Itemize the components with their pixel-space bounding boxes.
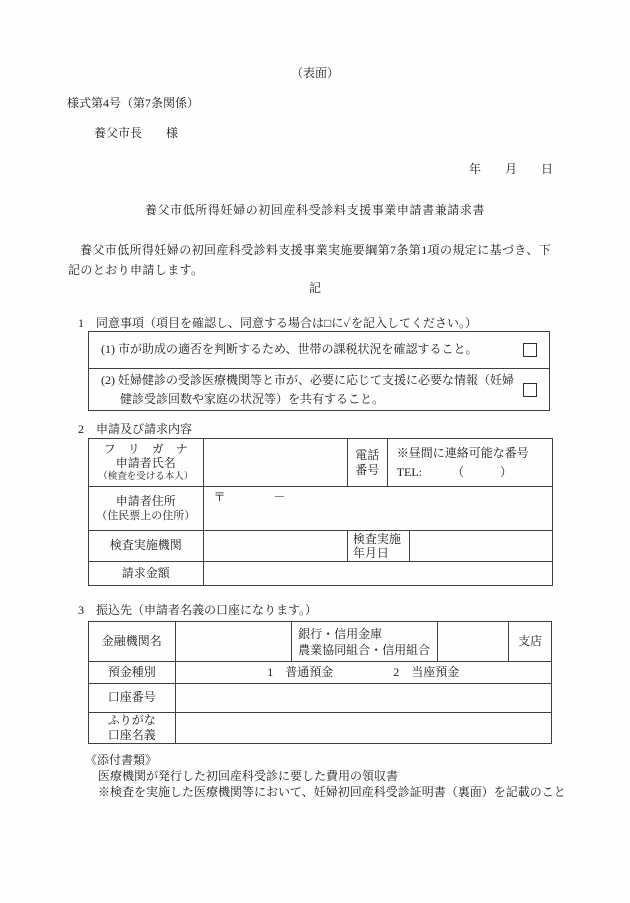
side-label: （表面） [0, 66, 630, 82]
amount-label: 請求金額 [89, 562, 204, 585]
consent-checkbox-2[interactable] [523, 383, 537, 397]
account-number-label: 口座番号 [89, 684, 176, 712]
consent-table: (1) 市が助成の適否を判断するため、世帯の課税状況を確認すること。 (2) 妊… [88, 331, 550, 411]
branch-name-input-area[interactable] [438, 622, 510, 661]
account-name-furigana-label: ふりがな [108, 713, 156, 728]
exam-date-label-line1: 検査実施 [353, 532, 409, 546]
attachments-block: 《添付書類》 医療機関が発行した初回産科受診に要した費用の領収書 ※検査を実施し… [85, 752, 566, 800]
postal-code-mark: 〒 － [214, 490, 553, 506]
attachments-line1: 医療機関が発行した初回産科受診に要した費用の領収書 [85, 768, 566, 784]
amount-input-area[interactable] [204, 562, 552, 585]
consent-row-1: (1) 市が助成の適否を判断するため、世帯の課税状況を確認すること。 [89, 332, 549, 368]
phone-label-line1: 電話 [355, 448, 379, 463]
addressee: 養父市長 様 [94, 126, 178, 142]
address-main-label: 申請者住所 [116, 494, 176, 509]
phone-label: 電話 番号 [348, 439, 388, 486]
phone-tel-line: TEL: （ ） [397, 463, 552, 482]
section3-heading: 3 振込先（申請者名義の口座になります。） [78, 603, 317, 619]
address-note: （住民票上の住所） [96, 509, 195, 524]
bank-table: 金融機関名 銀行・信用金庫 農業協同組合・信用組合 支店 預金種別 1 普通預金… [88, 621, 552, 744]
deposit-type-label: 預金種別 [89, 662, 176, 683]
applicant-name-note: （検査を受ける本人） [98, 470, 193, 484]
account-name-main-label: 口座名義 [108, 728, 156, 743]
bank-type-line1: 銀行・信用金庫 [298, 626, 436, 642]
applicant-name-main-label: 申請者氏名 [116, 456, 176, 470]
section2-heading: 2 申請及び請求内容 [78, 422, 192, 438]
section1-heading: 1 同意事項（項目を確認し、同意する場合は□に✓を記入してください。） [78, 316, 477, 332]
account-number-input-area[interactable] [176, 684, 551, 712]
exam-date-label-line2: 年月日 [353, 546, 409, 560]
applicant-name-input-area[interactable] [204, 439, 348, 486]
exam-date-input-area[interactable] [410, 531, 552, 561]
consent-checkbox-1[interactable] [523, 343, 537, 357]
phone-note: ※昼間に連絡可能な番号 [397, 444, 552, 463]
consent-item-2-text: (2) 妊婦健診の受診医療機関等と市が、必要に応じて支援に必要な情報（妊婦 健診… [89, 371, 523, 409]
intro-line1: 養父市低所得妊婦の初回産科受診料支援事業実施要綱第7条第1項の規定に基づき、下 [80, 243, 551, 259]
date-line: 年 月 日 [469, 162, 553, 178]
bank-name-label: 金融機関名 [89, 622, 176, 661]
exam-date-label: 検査実施 年月日 [348, 531, 410, 561]
consent-item-2-line2: 健診受診回数や家庭の状況等）を共有すること。 [101, 390, 517, 409]
consent-item-1-text: (1) 市が助成の適否を判断するため、世帯の課税状況を確認すること。 [89, 342, 523, 358]
bank-type-options: 銀行・信用金庫 農業協同組合・信用組合 [292, 622, 437, 661]
consent-item-2-line1: (2) 妊婦健診の受診医療機関等と市が、必要に応じて支援に必要な情報（妊婦 [101, 371, 517, 390]
phone-label-line2: 番号 [355, 463, 379, 478]
intro-line2: 記のとおり申請します。 [68, 263, 203, 279]
attachments-line2: ※検査を実施した医療機関等において、妊婦初回産科受診証明書（裏面）を記載のこと [85, 784, 566, 800]
consent-row-2: (2) 妊婦健診の受診医療機関等と市が、必要に応じて支援に必要な情報（妊婦 健診… [89, 368, 549, 410]
account-name-input-area[interactable] [176, 713, 551, 743]
bank-type-line2: 農業協同組合・信用組合 [298, 642, 436, 658]
bank-name-input-area[interactable] [176, 622, 292, 661]
form-page: （表面） 様式第4号（第7条関係） 養父市長 様 年 月 日 養父市低所得妊婦の… [0, 0, 630, 903]
ki-marker: 記 [0, 281, 630, 297]
facility-label: 検査実施機関 [89, 531, 204, 561]
page-title: 養父市低所得妊婦の初回産科受診料支援事業申請書兼請求書 [0, 203, 630, 219]
application-table: フ リ ガ ナ 申請者氏名 （検査を受ける本人） 電話 番号 ※昼間に連絡可能な… [88, 438, 553, 586]
branch-label: 支店 [509, 622, 551, 661]
address-input-area[interactable]: 〒 － [204, 487, 553, 530]
account-name-label: ふりがな 口座名義 [89, 713, 176, 743]
deposit-type-options[interactable]: 1 普通預金 2 当座預金 [176, 662, 551, 683]
phone-input-area[interactable]: ※昼間に連絡可能な番号 TEL: （ ） [388, 439, 552, 486]
address-label: 申請者住所 （住民票上の住所） [89, 487, 204, 530]
applicant-name-kana-label: フ リ ガ ナ [104, 442, 188, 456]
form-number: 様式第4号（第7条関係） [67, 96, 199, 112]
facility-input-area[interactable] [204, 531, 348, 561]
applicant-name-label: フ リ ガ ナ 申請者氏名 （検査を受ける本人） [89, 439, 204, 486]
attachments-title: 《添付書類》 [85, 752, 566, 768]
